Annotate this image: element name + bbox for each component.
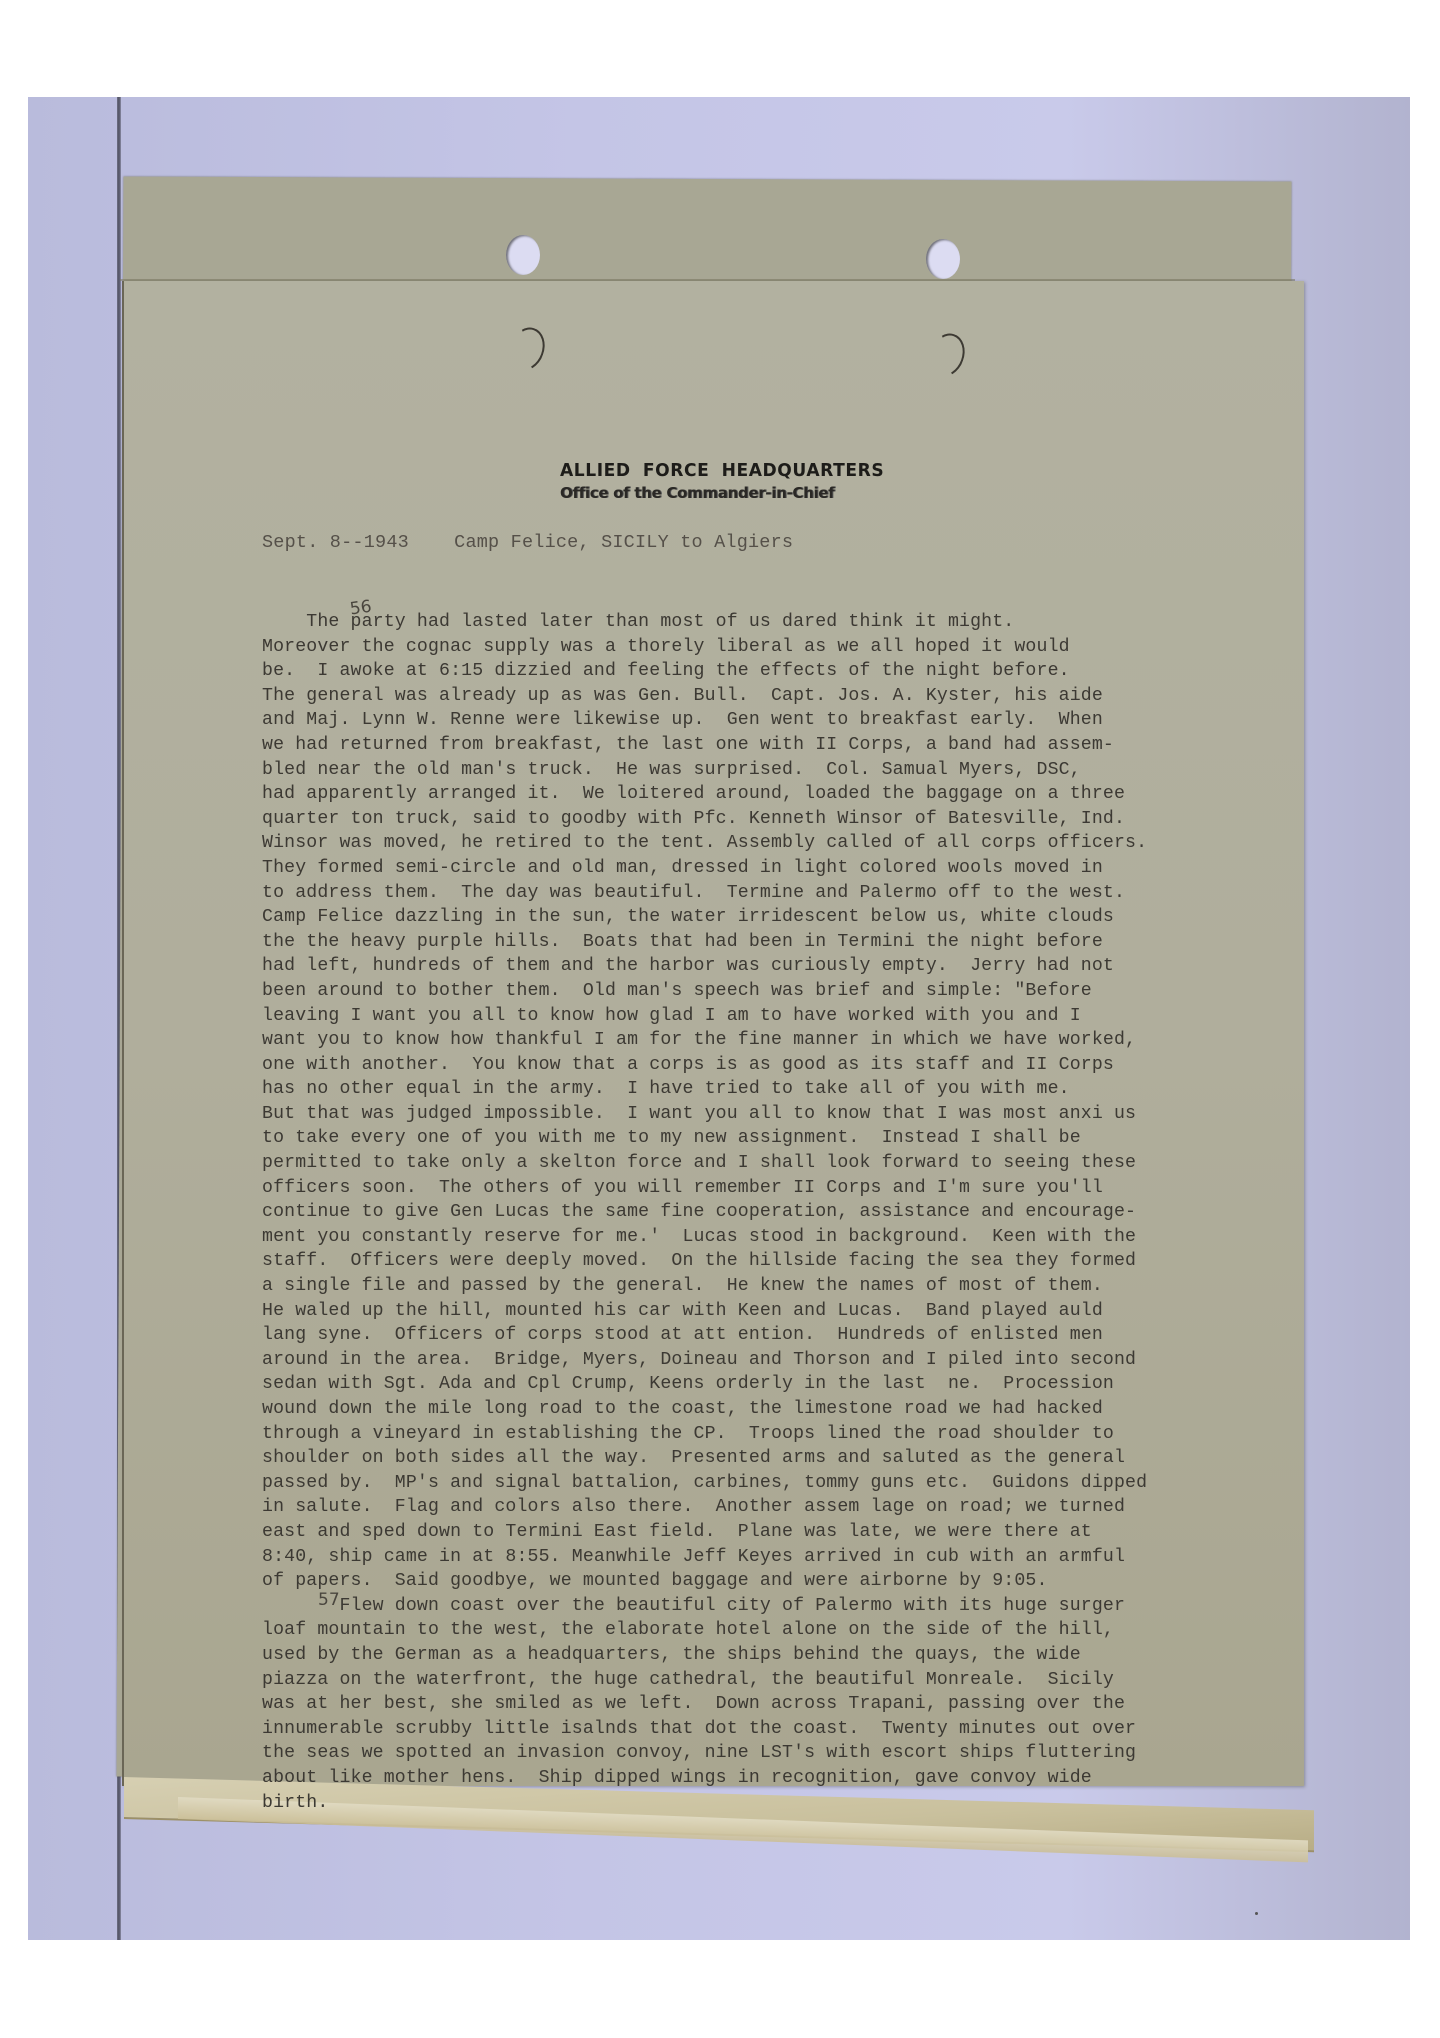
typed-line: about like mother hens. Ship dipped wing… xyxy=(262,1766,1292,1791)
typed-line: piazza on the waterfront, the huge cathe… xyxy=(262,1668,1292,1693)
typed-line: around in the area. Bridge, Myers, Doine… xyxy=(262,1348,1292,1373)
typed-line: quarter ton truck, said to goodby with P… xyxy=(262,807,1292,832)
typed-line: wound down the mile long road to the coa… xyxy=(262,1397,1292,1422)
typed-body: The party had lasted later than most of … xyxy=(262,610,1292,1815)
typed-line: But that was judged impossible. I want y… xyxy=(262,1102,1292,1127)
speck xyxy=(1255,1912,1258,1915)
typed-line: permitted to take only a skelton force a… xyxy=(262,1151,1292,1176)
typed-line: officers soon. The others of you will re… xyxy=(262,1176,1292,1201)
typed-line: innumerable scrubby little isalnds that … xyxy=(262,1717,1292,1742)
typed-line: shoulder on both sides all the way. Pres… xyxy=(262,1446,1292,1471)
typed-line: loaf mountain to the west, the elaborate… xyxy=(262,1618,1292,1643)
typed-line: Camp Felice dazzling in the sun, the wat… xyxy=(262,905,1292,930)
typed-line: been around to bother them. Old man's sp… xyxy=(262,979,1292,1004)
typed-line: and Maj. Lynn W. Renne were likewise up.… xyxy=(262,708,1292,733)
typed-line: has no other equal in the army. I have t… xyxy=(262,1077,1292,1102)
typed-line: to take every one of you with me to my n… xyxy=(262,1126,1292,1151)
typed-line: They formed semi-circle and old man, dre… xyxy=(262,856,1292,881)
typed-line: the the heavy purple hills. Boats that h… xyxy=(262,930,1292,955)
typed-line: He waled up the hill, mounted his car wi… xyxy=(262,1299,1292,1324)
dateline: Sept. 8--1943 Camp Felice, SICILY to Alg… xyxy=(262,532,793,553)
typed-line: east and sped down to Termini East field… xyxy=(262,1520,1292,1545)
entry-date: Sept. 8--1943 xyxy=(262,532,409,553)
typed-line: to address them. The day was beautiful. … xyxy=(262,881,1292,906)
typed-line: the seas we spotted an invasion convoy, … xyxy=(262,1741,1292,1766)
typed-line: of papers. Said goodbye, we mounted bagg… xyxy=(262,1569,1292,1594)
letterhead-title: ALLIED FORCE HEADQUARTERS xyxy=(560,460,902,481)
punch-hole-left-icon xyxy=(506,235,540,275)
punch-hole-right-icon xyxy=(926,239,960,279)
typed-line: through a vineyard in establishing the C… xyxy=(262,1422,1292,1447)
typed-line: want you to know how thankful I am for t… xyxy=(262,1028,1292,1053)
typed-line: Flew down coast over the beautiful city … xyxy=(262,1594,1292,1619)
typed-line: be. I awoke at 6:15 dizzied and feeling … xyxy=(262,659,1292,684)
typed-line: lang syne. Officers of corps stood at at… xyxy=(262,1323,1292,1348)
letterhead: ALLIED FORCE HEADQUARTERS Office of the … xyxy=(560,460,920,502)
typed-line: had apparently arranged it. We loitered … xyxy=(262,782,1292,807)
typed-line: in salute. Flag and colors also there. A… xyxy=(262,1495,1292,1520)
typed-line: birth. xyxy=(262,1791,1292,1816)
entry-route: Camp Felice, SICILY to Algiers xyxy=(454,532,793,553)
typed-line: used by the German as a headquarters, th… xyxy=(262,1643,1292,1668)
typed-line: was at her best, she smiled as we left. … xyxy=(262,1692,1292,1717)
typed-line: one with another. You know that a corps … xyxy=(262,1053,1292,1078)
typed-line: ment you constantly reserve for me.' Luc… xyxy=(262,1225,1292,1250)
typed-line: 8:40, ship came in at 8:55. Meanwhile Je… xyxy=(262,1545,1292,1570)
typed-line: we had returned from breakfast, the last… xyxy=(262,733,1292,758)
letterhead-subtitle: Office of the Commander-in-Chief xyxy=(560,484,920,502)
typed-line: sedan with Sgt. Ada and Cpl Crump, Keens… xyxy=(262,1372,1292,1397)
typed-line: The party had lasted later than most of … xyxy=(262,610,1292,635)
typed-line: Moreover the cognac supply was a thorely… xyxy=(262,635,1292,660)
typed-line: The general was already up as was Gen. B… xyxy=(262,684,1292,709)
typed-line: bled near the old man's truck. He was su… xyxy=(262,758,1292,783)
typed-line: passed by. MP's and signal battalion, ca… xyxy=(262,1471,1292,1496)
typed-line: staff. Officers were deeply moved. On th… xyxy=(262,1249,1292,1274)
typed-line: continue to give Gen Lucas the same fine… xyxy=(262,1200,1292,1225)
typed-line: Winsor was moved, he retired to the tent… xyxy=(262,831,1292,856)
typed-line: leaving I want you all to know how glad … xyxy=(262,1004,1292,1029)
typed-line: had left, hundreds of them and the harbo… xyxy=(262,954,1292,979)
typed-line: a single file and passed by the general.… xyxy=(262,1274,1292,1299)
